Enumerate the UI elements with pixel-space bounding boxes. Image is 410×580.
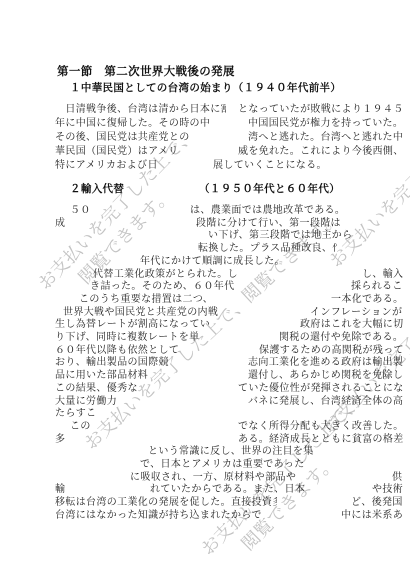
text-fragment: インフレーションが (310, 307, 402, 319)
text-fragment: 大量に労働力 (55, 396, 117, 408)
text-fragment: 日清戦争後、台湾は清から日本に割 (55, 104, 226, 116)
text-fragment: 生し為替レートが割高になってい (55, 319, 210, 331)
text-fragment: 一本化である。 (331, 294, 403, 306)
text-fragment: い下げ、第三段階では地主から (208, 230, 353, 242)
text-layer: 第一節 第二次世界大戦後の発展１中華民国としての台湾の始まり（１９４０年代前半）… (0, 0, 410, 580)
text-fragment: き詰った。そのため、６０年代 (90, 281, 235, 293)
text-fragment: に吸収され、一方、原材料や部品や (130, 472, 296, 484)
text-fragment: 保護するための高関税が残って (259, 345, 404, 357)
section-heading: ２輸入代替 (70, 183, 124, 195)
text-fragment: 政府はこれを大幅に切 (300, 319, 404, 331)
text-fragment: この (70, 421, 91, 433)
text-fragment: たらすこ (55, 408, 96, 420)
clipped-character: 割 (221, 104, 226, 116)
text-fragment: その後、国民党は共産党との (55, 132, 190, 144)
text-fragment: 華民国（国民党）はアメリ (55, 146, 179, 158)
text-fragment: 年代にかけて順調に成長した。 (140, 256, 285, 268)
text-fragment: で、日本とアメリカは重要であった (140, 459, 305, 471)
text-fragment: 台湾にはなかった知識が持ち込まれたからで (55, 510, 262, 522)
clipped-character: 多 (272, 497, 277, 509)
text-fragment: 採られるこ (351, 281, 403, 293)
text-fragment: 供 (392, 472, 402, 484)
document-page: お支払いを完了した上で、閲覧できます。お支払いを完了した上で、閲覧できます。お支… (0, 0, 410, 580)
text-fragment: 品に用いた部品材料 (55, 370, 148, 382)
text-fragment: 関税の還付や免除である。 (279, 332, 403, 344)
text-fragment: り下げ、同時に複数レートを単 (55, 332, 200, 344)
section-heading: （１９５０年代と６０年代） (199, 183, 340, 195)
text-fragment: という常識に反し、世界の注目を集 (148, 446, 314, 458)
clipped-character: 作 (332, 243, 337, 255)
text-fragment: し、輸入 (362, 269, 403, 281)
text-fragment: れていたからである。また、日本 (150, 484, 305, 496)
text-fragment: このうち重要な措置は二つ、 (79, 294, 213, 306)
section-heading: １中華民国としての台湾の始まり（１９４０年代前半） (70, 82, 341, 94)
text-fragment: ど、後発国 (351, 497, 403, 509)
text-fragment: 特にアメリカおよび日 (55, 160, 158, 172)
text-fragment: 中国国民党が権力を持っていた。 (248, 118, 403, 130)
text-fragment: となっていたが敗戦により１９４５ (238, 104, 404, 116)
text-fragment: や技術 (372, 484, 403, 496)
text-fragment: 世界大戦や国民党と共産党の内戦 (63, 307, 218, 319)
text-fragment: ある。経済成長とともに貧富の格差 (238, 434, 404, 446)
text-fragment: 年に中国に復帰した。その時の中 (55, 118, 210, 130)
text-fragment: は、農業面では農地改革である。 (190, 205, 345, 217)
text-fragment: ５０ (70, 205, 91, 217)
text-fragment: 中には米系あ (341, 510, 403, 522)
text-fragment: 段階に分けて行い、第一段階は (196, 218, 341, 230)
text-fragment: 志向工業化を進める政府は輸出製 (248, 357, 403, 369)
text-fragment: 威を免れた。これにより今後西側、 (238, 146, 404, 158)
text-fragment: 還付し、あらかじめ関税を免除し (248, 370, 403, 382)
text-fragment: ていた優位性が発揮されることにな (238, 383, 404, 395)
text-fragment: この結果、優秀な (55, 383, 138, 395)
text-fragment: おり、輸出製品の国際競 (55, 357, 169, 369)
text-fragment: 代替工業化政策がとられた。し (93, 269, 238, 281)
text-fragment: 移転は台湾の工業化の発展を促した。直接投資多 (55, 497, 277, 509)
text-fragment: でなく所得分配も大きく改善した。 (238, 421, 404, 433)
doc-title: 第一節 第二次世界大戦後の発展 (57, 66, 235, 78)
text-fragment: バネに発展し、台湾経済全体の高 (248, 396, 403, 408)
text-fragment: 展していくことになる。 (213, 160, 327, 172)
text-fragment: 多 (55, 434, 65, 446)
text-fragment: 湾へと逃れた。台湾へと逃れた中 (248, 132, 403, 144)
text-fragment: ６０年代以降も依然として (55, 345, 179, 357)
text-fragment: 輸 (55, 484, 65, 496)
text-fragment: 成 (55, 218, 65, 230)
text-fragment: 転換した。プラス品種改良、作 (198, 243, 337, 255)
